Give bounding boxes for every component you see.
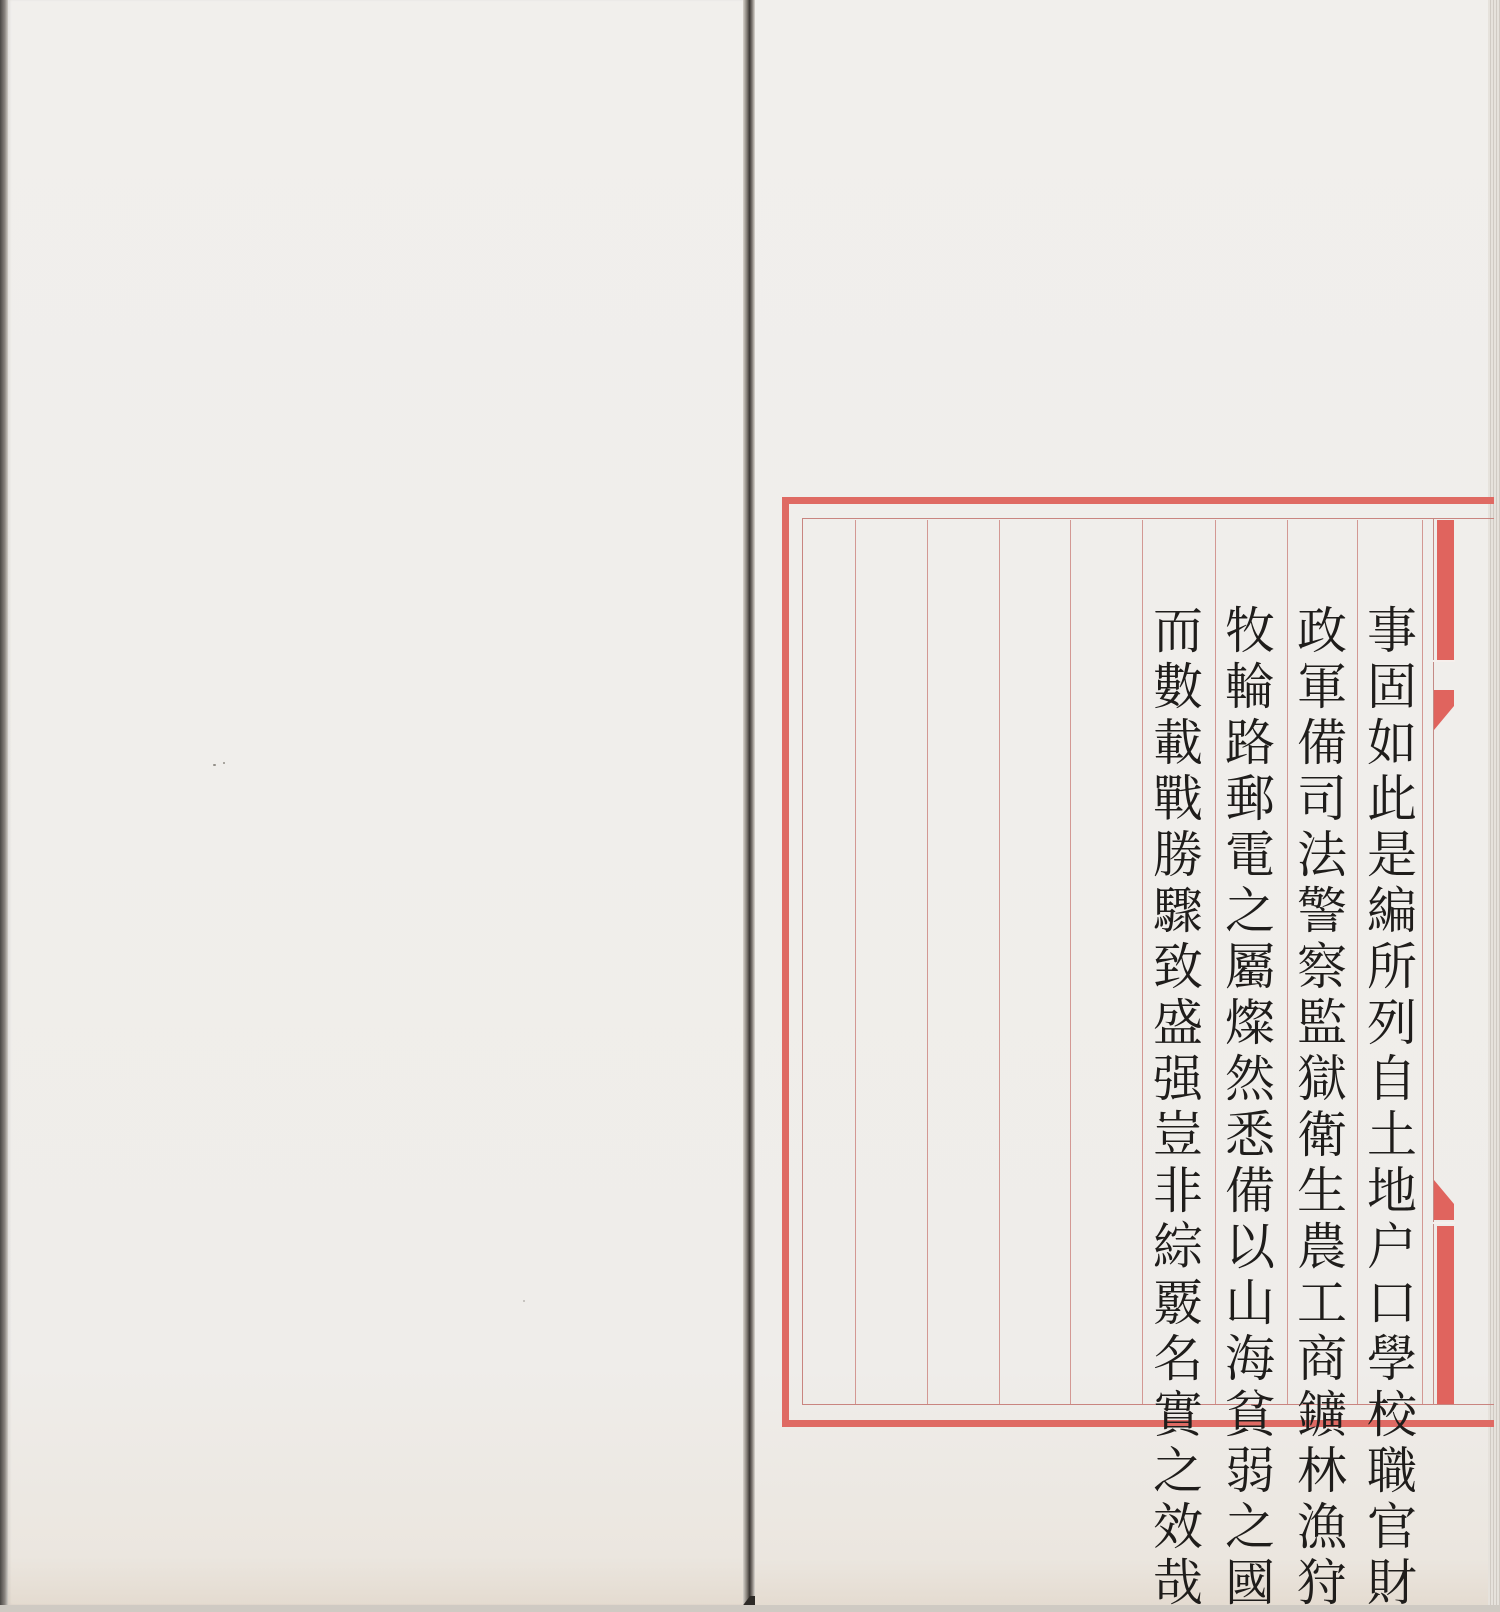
column-character: 所 <box>1367 939 1417 995</box>
column-character: 政 <box>1297 603 1347 659</box>
column-divider <box>855 520 856 1404</box>
column-character: 覈 <box>1153 1275 1203 1331</box>
book-spine-left <box>0 0 8 1612</box>
column-character: 監 <box>1297 995 1347 1051</box>
column-character: 勝 <box>1153 827 1203 883</box>
column-divider <box>927 520 928 1404</box>
column-character: 自 <box>1367 1051 1417 1107</box>
column-character: 而 <box>1153 603 1203 659</box>
column-character: 固 <box>1367 659 1417 715</box>
fishtail-rule <box>1433 1222 1455 1224</box>
paper-speck <box>213 764 216 766</box>
text-column-1: 事固如此是編所列自土地户口學校職官財 <box>1357 603 1427 1611</box>
text-column-4: 而數載戰勝驟致盛强豈非綜覈名實之效哉 <box>1143 603 1213 1611</box>
column-character: 地 <box>1367 1163 1417 1219</box>
paper-speck <box>223 762 225 764</box>
column-character: 牧 <box>1225 603 1275 659</box>
column-divider <box>999 520 1000 1404</box>
column-character: 鑛 <box>1297 1387 1347 1443</box>
column-character: 司 <box>1297 771 1347 827</box>
column-character: 强 <box>1153 1051 1203 1107</box>
column-character: 電 <box>1225 827 1275 883</box>
column-character: 察 <box>1297 939 1347 995</box>
column-character: 列 <box>1367 995 1417 1051</box>
column-character: 海 <box>1225 1331 1275 1387</box>
column-character: 豈 <box>1153 1107 1203 1163</box>
column-character: 官 <box>1367 1499 1417 1555</box>
column-character: 國 <box>1225 1555 1275 1611</box>
column-character: 口 <box>1367 1275 1417 1331</box>
upper-fishtail-block <box>1437 520 1454 660</box>
column-character: 備 <box>1225 1163 1275 1219</box>
text-column-2: 政軍備司法警察監獄衛生農工商鑛林漁狩 <box>1287 603 1357 1611</box>
column-character: 土 <box>1367 1107 1417 1163</box>
column-character: 之 <box>1225 1499 1275 1555</box>
column-character: 山 <box>1225 1275 1275 1331</box>
column-character: 衛 <box>1297 1107 1347 1163</box>
column-character: 之 <box>1153 1443 1203 1499</box>
column-character: 弱 <box>1225 1443 1275 1499</box>
column-character: 備 <box>1297 715 1347 771</box>
column-character: 是 <box>1367 827 1417 883</box>
column-character: 燦 <box>1225 995 1275 1051</box>
column-character: 輪 <box>1225 659 1275 715</box>
column-character: 哉 <box>1153 1555 1203 1611</box>
paper-speck <box>523 1300 525 1302</box>
column-character: 盛 <box>1153 995 1203 1051</box>
column-character: 郵 <box>1225 771 1275 827</box>
column-character: 如 <box>1367 715 1417 771</box>
column-character: 之 <box>1225 883 1275 939</box>
column-character: 工 <box>1297 1275 1347 1331</box>
column-character: 財 <box>1367 1555 1417 1611</box>
column-character: 實 <box>1153 1387 1203 1443</box>
column-character: 以 <box>1225 1219 1275 1275</box>
column-character: 漁 <box>1297 1499 1347 1555</box>
column-character: 貧 <box>1225 1387 1275 1443</box>
lower-fishtail-block <box>1437 1226 1454 1404</box>
banxin-rule <box>1433 519 1434 1405</box>
column-character: 載 <box>1153 715 1203 771</box>
column-character: 非 <box>1153 1163 1203 1219</box>
text-column-3: 牧輪路郵電之屬燦然悉備以山海貧弱之國 <box>1215 603 1285 1611</box>
column-character: 效 <box>1153 1499 1203 1555</box>
column-character: 屬 <box>1225 939 1275 995</box>
column-divider <box>1070 520 1071 1404</box>
column-character: 法 <box>1297 827 1347 883</box>
column-character: 軍 <box>1297 659 1347 715</box>
column-character: 編 <box>1367 883 1417 939</box>
column-character: 此 <box>1367 771 1417 827</box>
column-character: 名 <box>1153 1331 1203 1387</box>
column-character: 農 <box>1297 1219 1347 1275</box>
left-page-blank <box>8 0 743 1605</box>
column-character: 事 <box>1367 603 1417 659</box>
column-character: 驟 <box>1153 883 1203 939</box>
column-character: 學 <box>1367 1331 1417 1387</box>
column-character: 職 <box>1367 1443 1417 1499</box>
book-gutter <box>743 0 755 1605</box>
column-character: 數 <box>1153 659 1203 715</box>
column-character: 林 <box>1297 1443 1347 1499</box>
column-character: 警 <box>1297 883 1347 939</box>
column-character: 獄 <box>1297 1051 1347 1107</box>
column-character: 户 <box>1367 1219 1417 1275</box>
column-character: 商 <box>1297 1331 1347 1387</box>
column-character: 生 <box>1297 1163 1347 1219</box>
column-character: 綜 <box>1153 1219 1203 1275</box>
column-character: 路 <box>1225 715 1275 771</box>
column-character: 悉 <box>1225 1107 1275 1163</box>
column-character: 致 <box>1153 939 1203 995</box>
column-character: 然 <box>1225 1051 1275 1107</box>
column-character: 狩 <box>1297 1555 1347 1611</box>
column-character: 戰 <box>1153 771 1203 827</box>
column-character: 校 <box>1367 1387 1417 1443</box>
fishtail-rule <box>1433 660 1455 662</box>
